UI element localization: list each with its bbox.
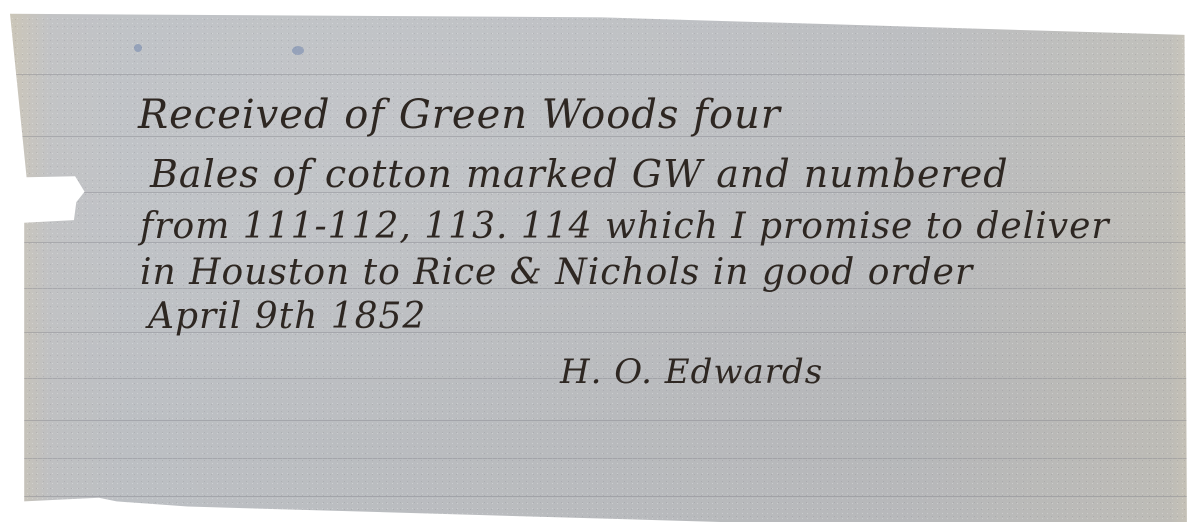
ruled-line [10, 458, 1194, 459]
receipt-line-4: in Houston to Rice & Nichols in good ord… [140, 252, 973, 293]
ink-stain [292, 46, 304, 55]
ruled-line [10, 496, 1194, 497]
signature: H. O. Edwards [560, 352, 823, 392]
ruled-line [10, 74, 1194, 75]
scan-background: Received of Green Woods four Bales of co… [0, 0, 1200, 530]
ruled-line [10, 420, 1194, 421]
receipt-line-2: Bales of cotton marked GW and numbered [150, 152, 1009, 196]
receipt-line-1: Received of Green Woods four [138, 92, 781, 138]
receipt-date: April 9th 1852 [148, 296, 426, 337]
ink-stain [134, 44, 142, 52]
receipt-line-3: from 111-112, 113. 114 which I promise t… [140, 206, 1110, 247]
